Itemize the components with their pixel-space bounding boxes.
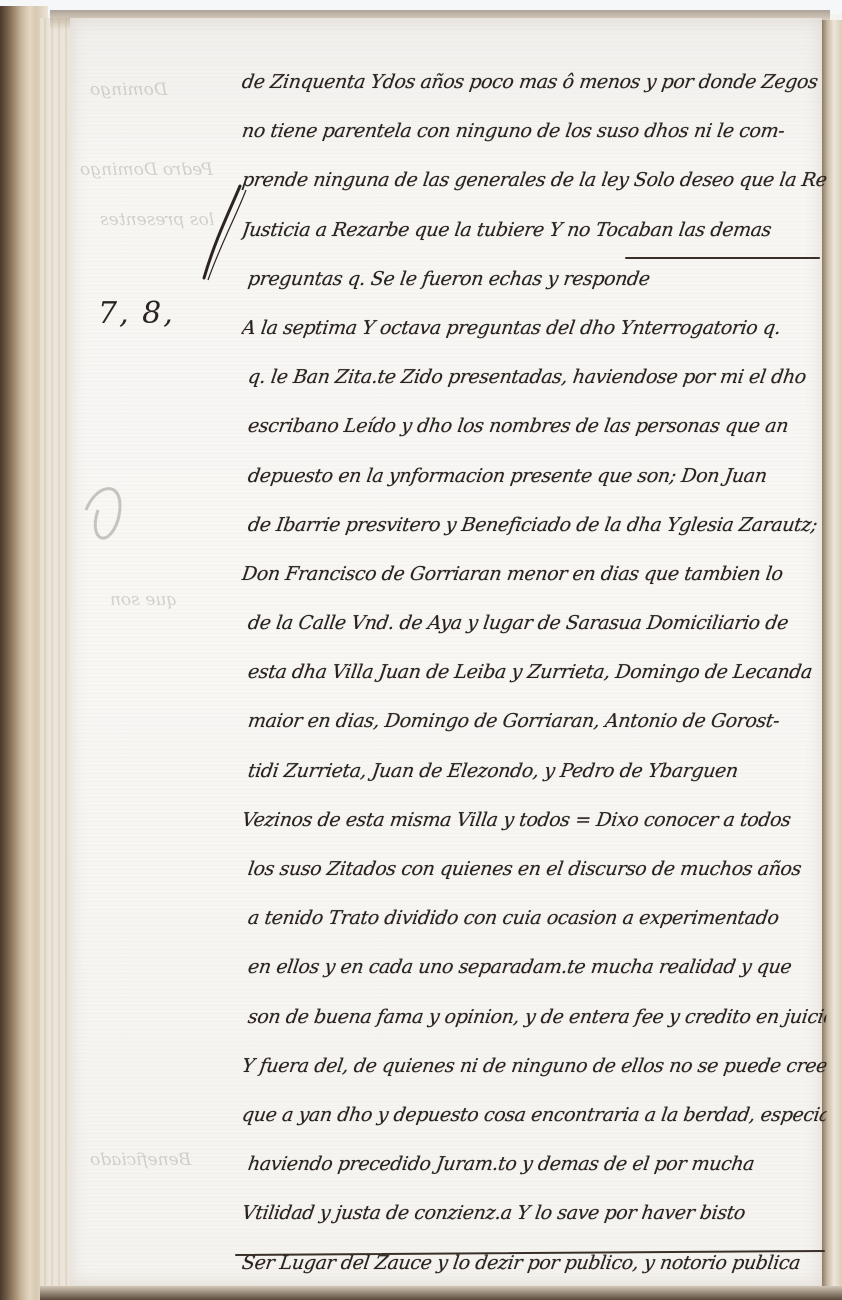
- text-line: que a yan dho y depuesto cosa encontrari…: [238, 1095, 829, 1144]
- text-line: en ellos y en cada uno separadam.te much…: [238, 947, 829, 996]
- text-line: haviendo precedido Juram.to y demas de e…: [238, 1144, 829, 1193]
- ghost-text-5: Beneficiado: [90, 1138, 191, 1182]
- text-line: A la septima Y octava preguntas del dho …: [238, 308, 829, 357]
- text-line: Don Francisco de Gorriaran menor en dias…: [238, 554, 829, 603]
- text-line: los suso Zitados con quienes en el discu…: [238, 849, 829, 898]
- text-line: tidi Zurrieta, Juan de Elezondo, y Pedro…: [238, 751, 829, 800]
- text-line: maior en dias, Domingo de Gorriaran, Ant…: [238, 701, 829, 750]
- text-line: q. le Ban Zita.te Zido presentadas, havi…: [238, 357, 829, 406]
- text-line: a tenido Trato dividido con cuia ocasion…: [238, 898, 829, 947]
- text-line: son de buena fama y opinion, y de entera…: [238, 997, 829, 1046]
- text-line: Y fuera del, de quienes ni de ninguno de…: [238, 1046, 829, 1095]
- text-line: depuesto en la ynformacion presente que …: [238, 456, 829, 505]
- text-line: de Zinquenta Ydos años poco mas ô menos …: [238, 62, 829, 111]
- text-line: Vezinos de esta misma Villa y todos = Di…: [238, 800, 829, 849]
- text-line: de Ibarrie presvitero y Beneficiado de l…: [238, 505, 829, 554]
- ghost-text-3: los presentes: [100, 198, 214, 242]
- text-line: Vtilidad y justa de conzienz.a Y lo save…: [238, 1193, 829, 1242]
- text-line: Justicia a Rezarbe que la tubiere Y no T…: [238, 210, 829, 259]
- text-line: esta dha Villa Juan de Leiba y Zurrieta,…: [238, 652, 829, 701]
- line-fill-rule: [625, 257, 820, 259]
- text-line: de la Calle Vnd. de Aya y lugar de Saras…: [238, 603, 829, 652]
- text-line: no tiene parentela con ninguno de los su…: [238, 111, 829, 160]
- text-line: preguntas q. Se le fueron echas y respon…: [238, 259, 829, 308]
- ghost-text-1: Domingo: [90, 68, 168, 112]
- manuscript-text: de Zinquenta Ydos años poco mas ô menos …: [238, 62, 822, 1292]
- text-line: escribano Leído y dho los nombres de las…: [238, 406, 829, 455]
- text-line: prende ninguna de las generales de la le…: [238, 160, 829, 209]
- ghost-text-4: que son: [110, 578, 177, 622]
- ghost-text-2: Pedro Domingo: [80, 148, 213, 192]
- margin-note: 7, 8,: [98, 296, 175, 331]
